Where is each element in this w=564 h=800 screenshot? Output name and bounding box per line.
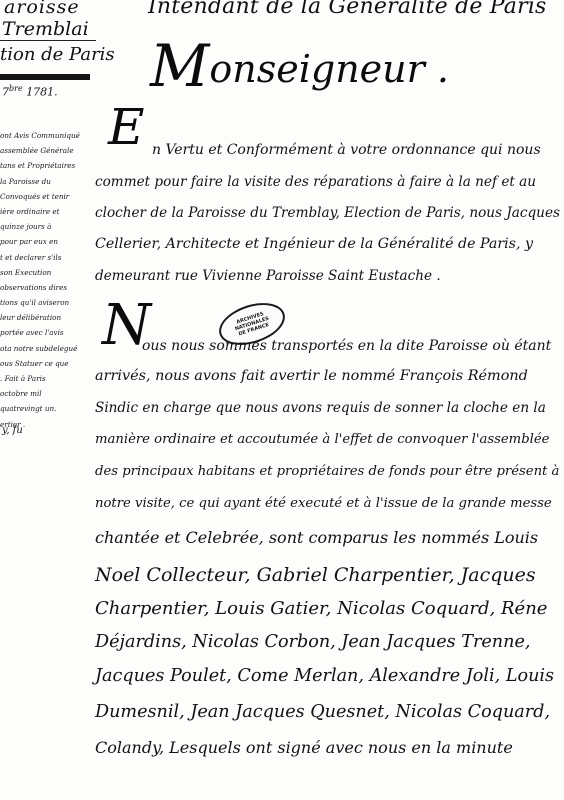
paragraph-2-line: notre visite, ce qui ayant été executé e…	[95, 496, 552, 511]
margin-note-line: ont Avis Communiqué	[0, 128, 88, 143]
margin-note-line: leur délibération	[0, 310, 88, 325]
margin-heading-line: Tremblai	[2, 18, 89, 40]
margin-note-line: ota notre subdelegué	[0, 341, 88, 356]
paragraph-2-line: Déjardins, Nicolas Corbon, Jean Jacques …	[95, 632, 530, 652]
margin-date: 7bre 1781.	[2, 84, 58, 99]
paragraph-2-line: Charpentier, Louis Gatier, Nicolas Coqua…	[95, 598, 547, 619]
margin-note-line: son Execution	[0, 265, 88, 280]
margin-rule	[0, 74, 90, 80]
margin-extra-note: y, fu	[2, 425, 23, 436]
margin-note-line: tans et Propriétaires	[0, 158, 88, 173]
paragraph-1-line: Cellerier, Architecte et Ingénieur de la…	[95, 236, 533, 252]
paragraph-1-initial: E	[108, 102, 145, 152]
margin-note-line: . Fait à Paris	[0, 371, 88, 386]
margin-note-line: tions qu'il aviseron	[0, 295, 88, 310]
paragraph-2-line: Noel Collecteur, Gabriel Charpentier, Ja…	[95, 564, 536, 586]
margin-heading-line: tion de Paris	[0, 44, 115, 65]
addressee-title: Intendant de la Généralité de Paris	[148, 0, 547, 19]
margin-note-line: ous Statuer ce que	[0, 356, 88, 371]
paragraph-2-line: chantée et Celebrée, sont comparus les n…	[95, 528, 538, 547]
date-month: bre	[9, 84, 23, 93]
margin-note-line: octobre mil	[0, 386, 88, 401]
paragraph-1-line: demeurant rue Vivienne Paroisse Saint Eu…	[95, 268, 441, 284]
margin-note-line: la Paroisse du	[0, 174, 88, 189]
paragraph-1-line: n Vertu et Conformément à votre ordonnan…	[152, 142, 541, 158]
margin-note-line: Convoqués et tenir	[0, 189, 88, 204]
paragraph-2-line: manière ordinaire et accoutumée à l'effe…	[95, 432, 549, 447]
salutation: Monseigneur .	[150, 32, 449, 100]
margin-note-line: t et declarer s'ils	[0, 250, 88, 265]
paragraph-2-line: ous nous sommes transportés en la dite P…	[142, 338, 551, 354]
paragraph-2-line: arrivés, nous avons fait avertir le nomm…	[95, 368, 528, 384]
paragraph-2-line: Dumesnil, Jean Jacques Quesnet, Nicolas …	[95, 702, 550, 722]
paragraph-2-line: Colandy, Lesquels ont signé avec nous en…	[95, 738, 513, 757]
margin-note-line: portée avec l'avis	[0, 325, 88, 340]
date-day: 7	[2, 86, 9, 99]
margin-note-line: observations dires	[0, 280, 88, 295]
margin-note-line: quatrevingt un.	[0, 401, 88, 416]
date-year: 1781.	[26, 86, 58, 99]
margin-heading-line: aroisse	[4, 0, 80, 18]
margin-note-line: assemblée Générale	[0, 143, 88, 158]
paragraph-1-line: commet pour faire la visite des réparati…	[95, 174, 536, 190]
margin-underline	[0, 40, 96, 41]
margin-note-line: pour par eux en	[0, 234, 88, 249]
paragraph-2-line: Sindic en charge que nous avons requis d…	[95, 400, 546, 416]
paragraph-2-line: Jacques Poulet, Come Merlan, Alexandre J…	[95, 666, 554, 686]
salutation-initial: M	[150, 32, 209, 100]
salutation-text: onseigneur .	[209, 47, 449, 91]
margin-note-line: ière ordinaire et	[0, 204, 88, 219]
paragraph-1-line: clocher de la Paroisse du Tremblay, Elec…	[95, 205, 560, 221]
margin-note-line: quinze jours à	[0, 219, 88, 234]
paragraph-2-line: des principaux habitans et propriétaires…	[95, 464, 559, 479]
manuscript-page: aroisse Tremblai tion de Paris 7bre 1781…	[0, 0, 564, 800]
margin-notes: ont Avis Communiqué assemblée Générale t…	[0, 128, 88, 432]
